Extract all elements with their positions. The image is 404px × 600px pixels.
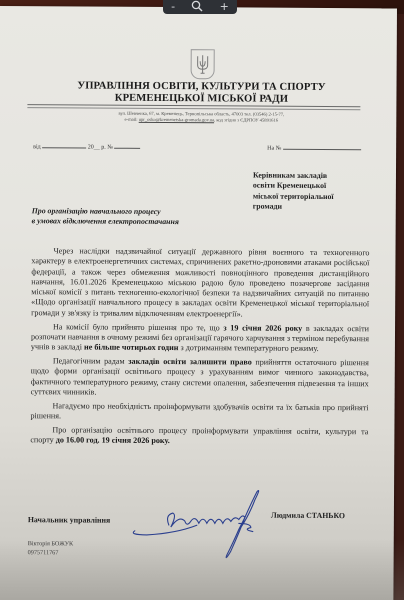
- letter-body: Через наслідки надзвичайної ситуації дер…: [30, 246, 369, 451]
- email-link[interactable]: upr_osko@kremenetska-gromada.gov.ua: [139, 117, 214, 122]
- date-blank: [42, 141, 86, 148]
- trident-coat-of-arms-icon: [191, 49, 215, 79]
- paragraph-3: Педагогічним радам закладів освіти залиш…: [31, 356, 369, 399]
- contact-name: Вікторія БОЖУК: [28, 540, 74, 549]
- header-divider-thin: [27, 107, 360, 110]
- subject-line: в умовах відключення електропостачання: [32, 216, 179, 227]
- zoom-out-button[interactable]: -: [171, 2, 175, 12]
- addressee-line: громади: [253, 201, 334, 212]
- addressee-block: Керівникам закладів освіти Кременецької …: [253, 171, 334, 213]
- bold-date: з 19 січня 2026 року: [223, 323, 302, 332]
- addressee-line: освіти Кременецької: [253, 181, 334, 192]
- incoming-ref: На №: [267, 143, 361, 153]
- signatory-title: Начальник управління: [28, 515, 110, 525]
- contact-phone: 0975711767: [28, 549, 74, 558]
- bold-hours: не більше чотирьох годин: [84, 343, 178, 353]
- magnifier-icon[interactable]: [191, 0, 203, 14]
- signatory-name: Людмила СТАНЬКО: [271, 511, 345, 520]
- zoom-in-button[interactable]: +: [220, 2, 229, 12]
- addressee-line: міської територіальної: [253, 191, 334, 202]
- text: На комісії було прийнято рішення про те,…: [53, 322, 223, 332]
- reply-number-blank: [283, 143, 361, 150]
- edrpou-code: , код згідно з ЄДРПОУ 45891616: [214, 117, 278, 122]
- email-label: e-mail:: [125, 117, 139, 122]
- text: з дотриманням температурного режиму.: [178, 343, 318, 353]
- year-number-label: 20__ р. №: [88, 145, 113, 151]
- addressee-line: Керівникам закладів: [253, 171, 334, 182]
- subject-block: Про організацію навчального процесу в ум…: [32, 206, 179, 227]
- document-page: УПРАВЛІННЯ ОСВІТИ, КУЛЬТУРИ ТА СПОРТУ КР…: [0, 6, 397, 600]
- address-email-line: e-mail: upr_osko@kremenetska-gromada.gov…: [0, 116, 403, 123]
- outgoing-ref: від 20__ р. №: [33, 141, 140, 151]
- bold-deadline: до 16.00 год. 19 січня 2026 року.: [56, 436, 170, 446]
- number-blank: [114, 142, 140, 149]
- zoom-toolbar: - +: [163, 0, 237, 14]
- paragraph-2: На комісії було прийнято рішення про те,…: [31, 322, 369, 355]
- reply-label: На №: [267, 146, 281, 152]
- bold-right: закладів освіти залишити право: [128, 357, 252, 367]
- from-label: від: [33, 144, 41, 150]
- handwritten-signature-icon: [127, 485, 277, 566]
- contact-person: Вікторія БОЖУК 0975711767: [28, 540, 74, 557]
- paragraph-4: Нагадуємо про необхідність проінформуват…: [30, 401, 368, 424]
- paragraph-5: Про організацію освітнього процесу проін…: [30, 425, 368, 448]
- text: Педагогічним радам: [53, 356, 129, 365]
- paragraph-1: Через наслідки надзвичайної ситуації дер…: [31, 246, 369, 320]
